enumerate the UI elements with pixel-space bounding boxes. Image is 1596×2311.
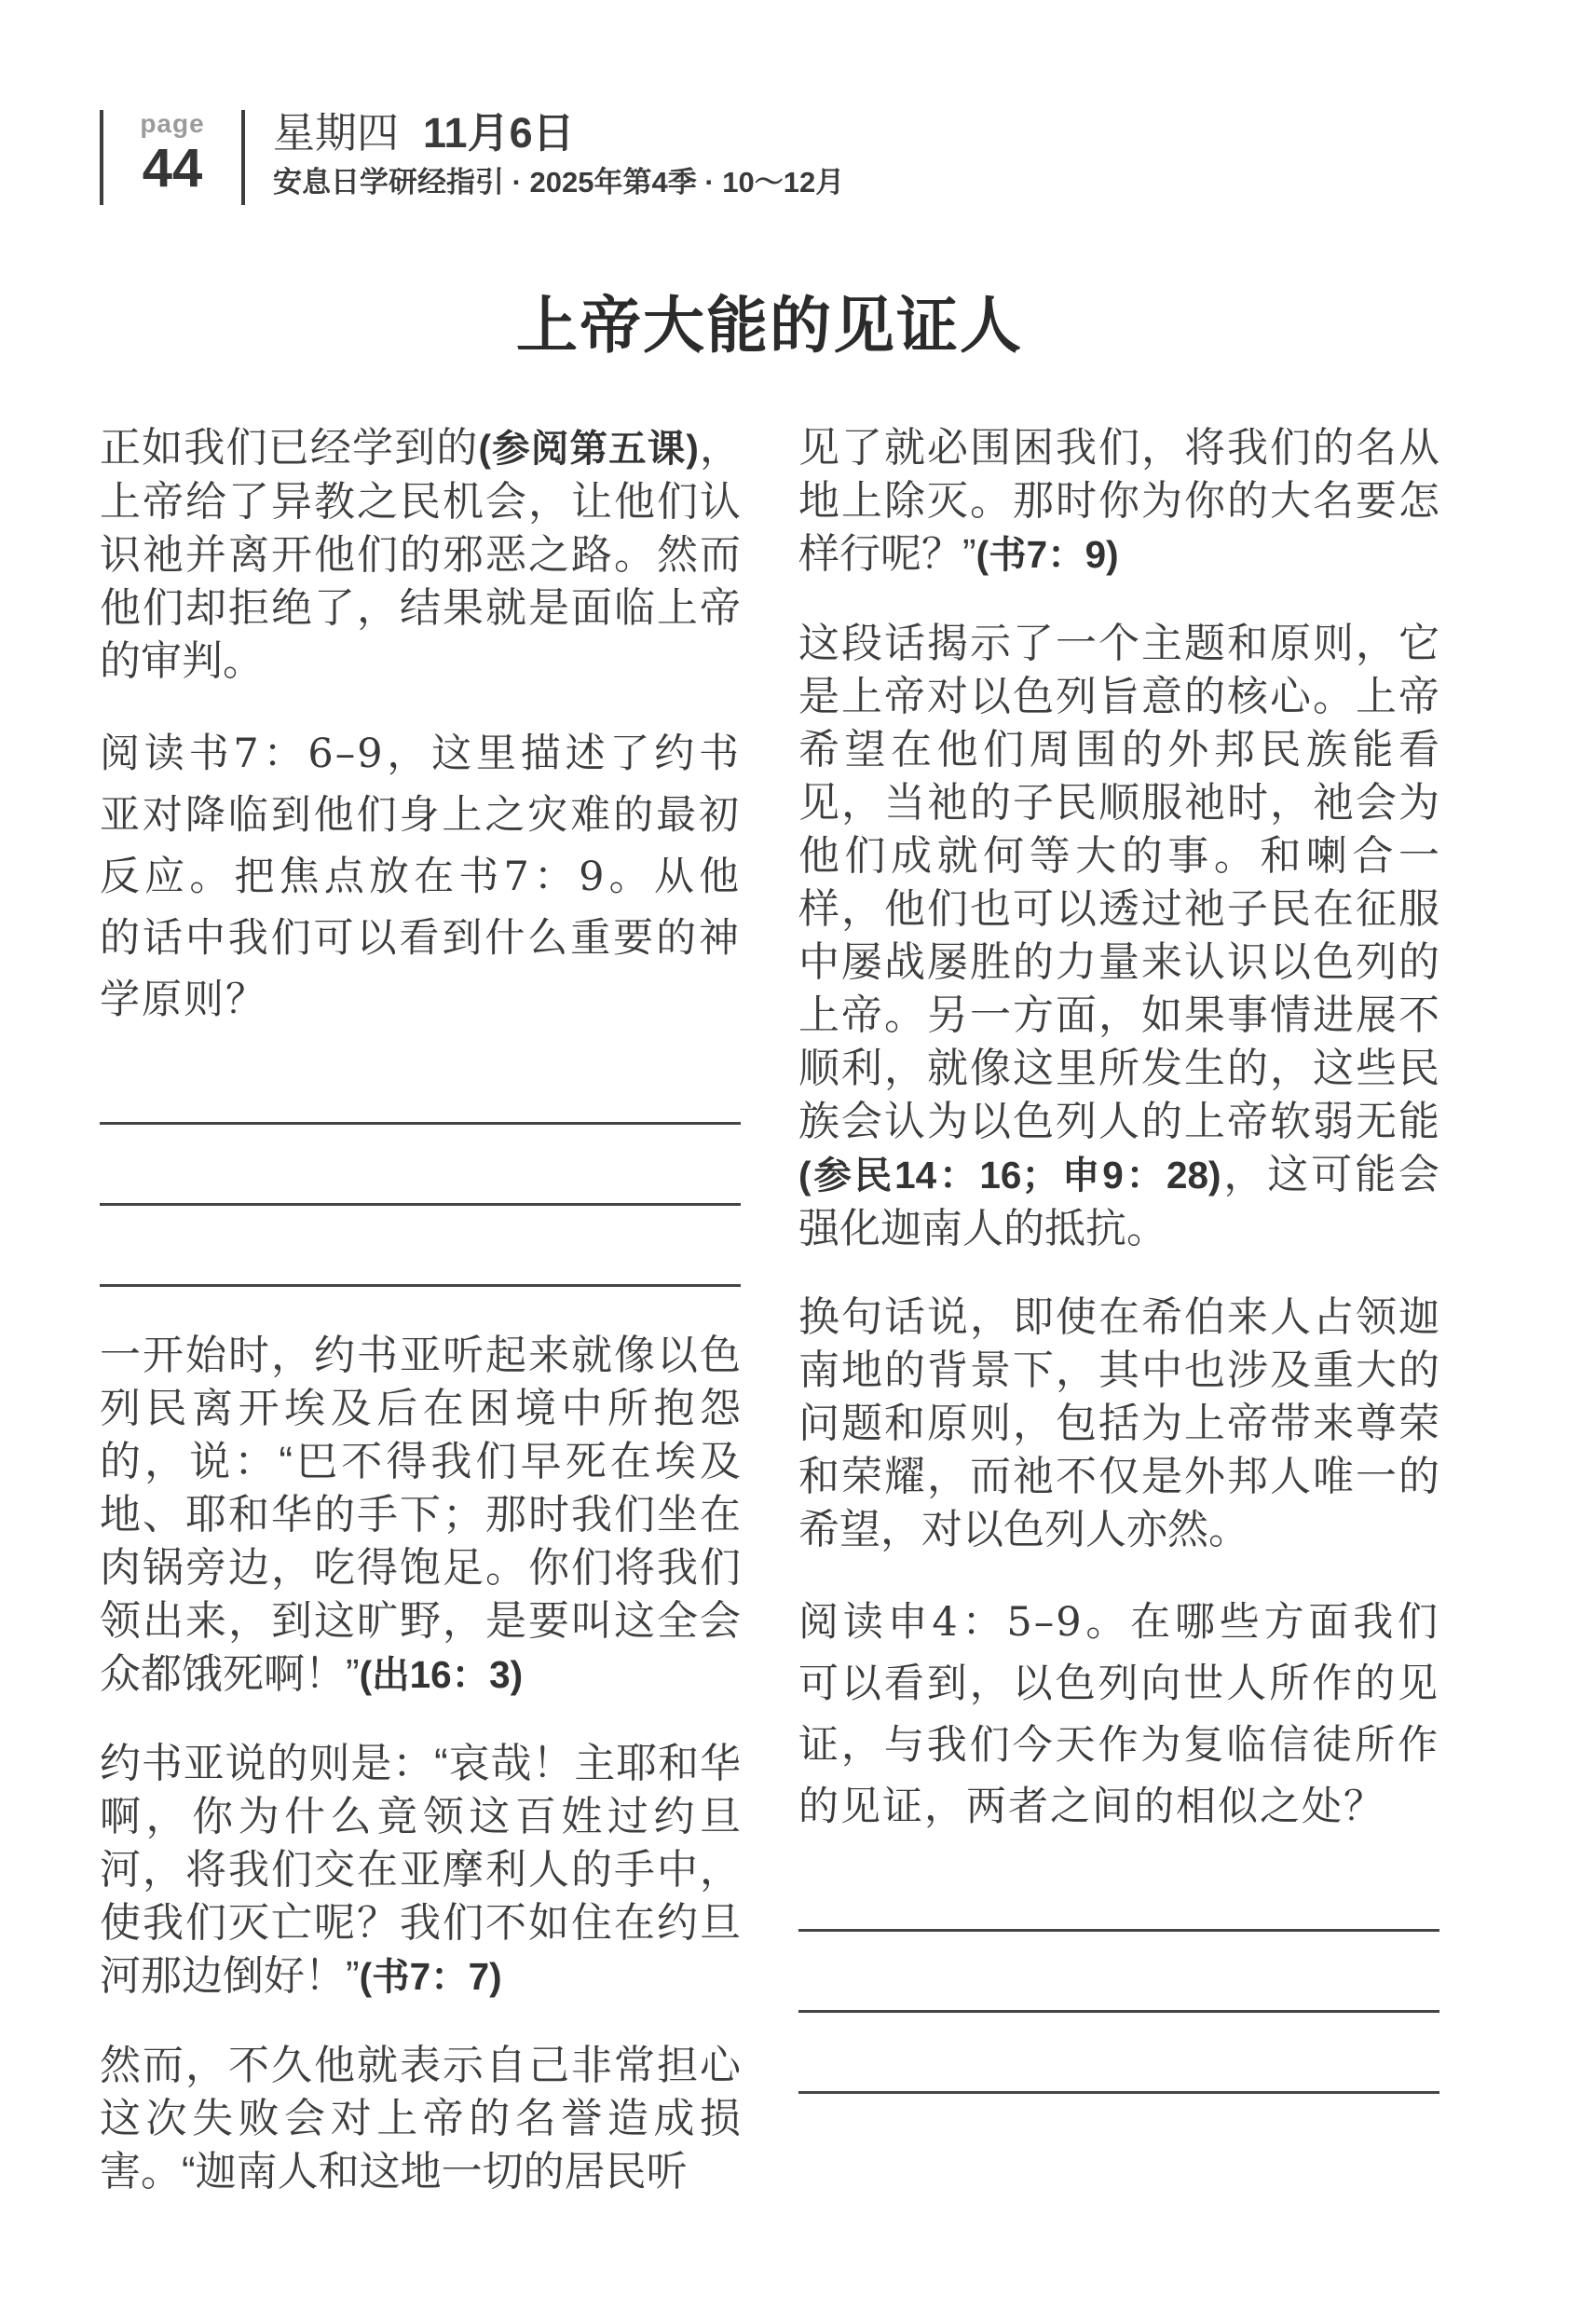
body-paragraph: 然而，不久他就表示自己非常担心这次失败会对上帝的名誉造成损害。“迦南人和这地一切… [100,2039,741,2198]
text-run: 一开始时，约书亚听起来就像以色列民离开埃及后在困境中所抱怨的，说：“巴不得我们早… [100,1333,741,1697]
text-run: 然而，不久他就表示自己非常担心这次失败会对上帝的名誉造成损害。“迦南人和这地一切… [100,2043,741,2195]
page-number: 44 [103,140,241,198]
question-paragraph: 阅读申4：5–9。在哪些方面我们可以看到，以色列向世人所作的见证，与我们今天作为… [798,1592,1439,1838]
body-paragraph: 约书亚说的则是：“哀哉！主耶和华啊，你为什么竟领这百姓过约旦河，将我们交在亚摩利… [100,1737,741,2003]
scripture-reference: (出16：3) [360,1653,523,1696]
text-run: 阅读申4：5–9。在哪些方面我们可以看到，以色列向世人所作的见证，与我们今天作为… [798,1599,1439,1830]
answer-lines [798,1873,1439,2094]
text-run: 阅读书7：6–9，这里描述了约书亚对降临到他们身上之灾难的最初反应。把焦点放在书… [100,731,741,1023]
text-run: 正如我们已经学到的 [100,425,479,471]
page-label: page [103,110,241,138]
answer-line [798,1873,1439,1932]
text-columns: 正如我们已经学到的(参阅第五课)，上帝给了异教之民机会，让他们认识祂并离开他们的… [100,421,1439,2234]
lesson-title: 上帝大能的见证人 [100,291,1439,363]
page-header: page 44 星期四11月6日 安息日学研经指引 · 2025年第4季 · 1… [100,110,844,205]
text-run: 见了就必围困我们，将我们的名从地上除灭。那时你为你的大名要怎样行呢？” [798,425,1439,577]
edition-subtitle: 安息日学研经指引 · 2025年第4季 · 10～12月 [273,166,844,199]
text-run: 这段话揭示了一个主题和原则，它是上帝对以色列旨意的核心。上帝希望在他们周围的外邦… [798,621,1439,1144]
scripture-reference: (书7：7) [360,1955,502,1998]
lesson-page: page 44 星期四11月6日 安息日学研经指引 · 2025年第4季 · 1… [0,0,1596,2311]
left-column: 正如我们已经学到的(参阅第五课)，上帝给了异教之民机会，让他们认识祂并离开他们的… [100,421,741,2234]
body-paragraph: 换句话说，即使在希伯来人占领迦南地的背景下，其中也涉及重大的问题和原则，包括为上… [798,1291,1439,1556]
header-divider-rule [241,110,245,205]
answer-line [100,1125,741,1206]
answer-line [798,2013,1439,2094]
answer-lines [100,1066,741,1287]
body-paragraph: 见了就必围困我们，将我们的名从地上除灭。那时你为你的大名要怎样行呢？”(书7：9… [798,421,1439,581]
text-run: 换句话说，即使在希伯来人占领迦南地的背景下，其中也涉及重大的问题和原则，包括为上… [798,1294,1439,1552]
body-paragraph: 这段话揭示了一个主题和原则，它是上帝对以色列旨意的核心。上帝希望在他们周围的外邦… [798,617,1439,1255]
answer-line [798,1932,1439,2013]
page-number-block: page 44 [103,110,241,205]
date: 11月6日 [423,109,575,157]
body-paragraph: 一开始时，约书亚听起来就像以色列民离开埃及后在困境中所抱怨的，说：“巴不得我们早… [100,1329,741,1702]
scripture-reference: (参民14：16；申9：28) [798,1154,1221,1197]
scripture-reference: (书7：9) [976,533,1119,576]
answer-line [100,1206,741,1287]
date-block: 星期四11月6日 安息日学研经指引 · 2025年第4季 · 10～12月 [273,110,844,205]
date-line: 星期四11月6日 [273,110,844,157]
question-paragraph: 阅读书7：6–9，这里描述了约书亚对降临到他们身上之灾难的最初反应。把焦点放在书… [100,723,741,1031]
body-paragraph: 正如我们已经学到的(参阅第五课)，上帝给了异教之民机会，让他们认识祂并离开他们的… [100,421,741,688]
scripture-reference: (参阅第五课) [479,427,699,470]
answer-line [100,1066,741,1125]
weekday: 星期四 [273,109,399,157]
right-column: 见了就必围困我们，将我们的名从地上除灭。那时你为你的大名要怎样行呢？”(书7：9… [798,421,1439,2234]
